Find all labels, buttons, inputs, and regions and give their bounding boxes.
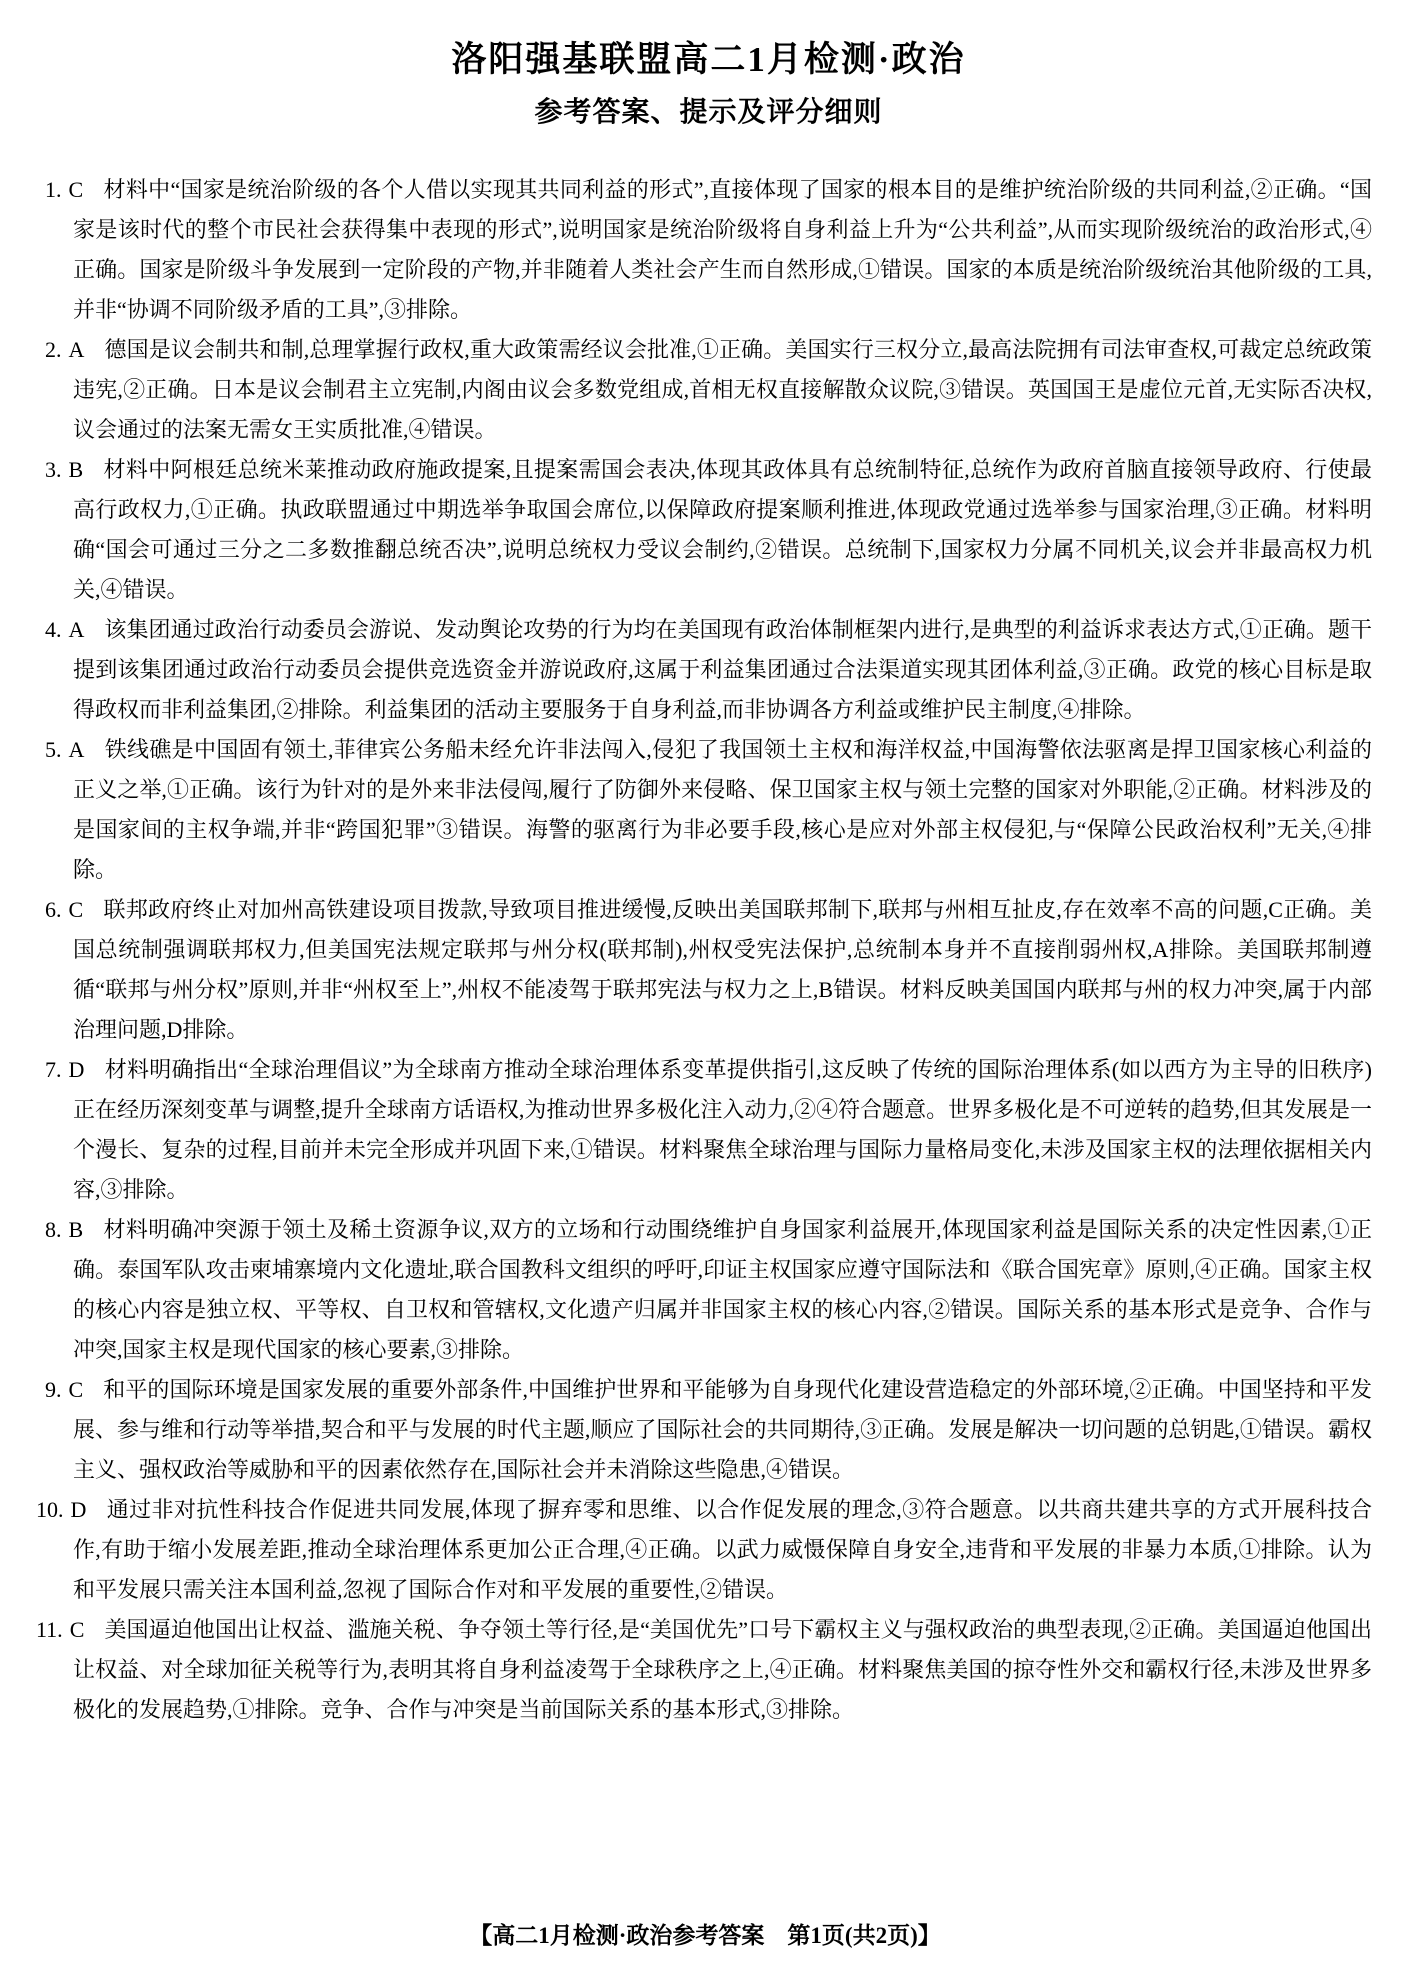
page-footer: 【高二1月检测·政治参考答案 第1页(共2页)】 xyxy=(0,1917,1410,1950)
answer-number: 8. xyxy=(45,1217,62,1242)
answer-item: 5.A铁线礁是中国固有领土,菲律宾公务船未经允许非法闯入,侵犯了我国领土主权和海… xyxy=(45,730,1372,890)
answer-number: 1. xyxy=(45,177,62,202)
answer-choice: D xyxy=(71,1497,87,1522)
answer-explanation: 铁线礁是中国固有领土,菲律宾公务船未经允许非法闯入,侵犯了我国领土主权和海洋权益… xyxy=(73,737,1372,882)
answer-number: 9. xyxy=(45,1377,62,1402)
answer-item: 3.B材料中阿根廷总统米莱推动政府施政提案,且提案需国会表决,体现其政体具有总统… xyxy=(45,450,1372,610)
answer-explanation: 材料明确冲突源于领土及稀土资源争议,双方的立场和行动围绕维护自身国家利益展开,体… xyxy=(73,1217,1372,1362)
answers-section: 1.C材料中“国家是统治阶级的各个人借以实现其共同利益的形式”,直接体现了国家的… xyxy=(45,170,1372,1730)
answer-explanation: 材料中阿根廷总统米莱推动政府施政提案,且提案需国会表决,体现其政体具有总统制特征… xyxy=(73,457,1372,602)
answer-choice: A xyxy=(69,617,85,642)
answer-choice: A xyxy=(69,737,85,762)
answer-item: 7.D材料明确指出“全球治理倡议”为全球南方推动全球治理体系变革提供指引,这反映… xyxy=(45,1050,1372,1210)
answer-explanation: 联邦政府终止对加州高铁建设项目拨款,导致项目推进缓慢,反映出美国联邦制下,联邦与… xyxy=(73,897,1372,1042)
answer-number: 7. xyxy=(45,1057,62,1082)
answer-explanation: 该集团通过政治行动委员会游说、发动舆论攻势的行为均在美国现有政治体制框架内进行,… xyxy=(73,617,1372,722)
answer-explanation: 材料中“国家是统治阶级的各个人借以实现其共同利益的形式”,直接体现了国家的根本目… xyxy=(73,177,1372,322)
answer-item: 9.C和平的国际环境是国家发展的重要外部条件,中国维护世界和平能够为自身现代化建… xyxy=(45,1370,1372,1490)
answer-choice: B xyxy=(69,1217,84,1242)
answer-number: 2. xyxy=(45,337,62,362)
answer-explanation: 德国是议会制共和制,总理掌握行政权,重大政策需经议会批准,①正确。美国实行三权分… xyxy=(73,337,1372,442)
answer-choice: B xyxy=(69,457,84,482)
answer-number: 11. xyxy=(36,1617,63,1642)
answer-number: 4. xyxy=(45,617,62,642)
page-subtitle: 参考答案、提示及评分细则 xyxy=(45,90,1372,130)
answer-number: 10. xyxy=(36,1497,64,1522)
answer-choice: A xyxy=(69,337,85,362)
answer-number: 3. xyxy=(45,457,62,482)
answer-choice: D xyxy=(69,1057,85,1082)
answer-number: 5. xyxy=(45,737,62,762)
answer-explanation: 和平的国际环境是国家发展的重要外部条件,中国维护世界和平能够为自身现代化建设营造… xyxy=(73,1377,1372,1482)
answer-explanation: 美国逼迫他国出让权益、滥施关税、争夺领土等行径,是“美国优先”口号下霸权主义与强… xyxy=(73,1617,1372,1722)
answer-item: 2.A德国是议会制共和制,总理掌握行政权,重大政策需经议会批准,①正确。美国实行… xyxy=(45,330,1372,450)
answer-choice: C xyxy=(69,897,84,922)
page-title: 洛阳强基联盟高二1月检测·政治 xyxy=(45,32,1372,82)
answer-item: 6.C联邦政府终止对加州高铁建设项目拨款,导致项目推进缓慢,反映出美国联邦制下,… xyxy=(45,890,1372,1050)
answer-explanation: 材料明确指出“全球治理倡议”为全球南方推动全球治理体系变革提供指引,这反映了传统… xyxy=(73,1057,1372,1202)
answer-item: 11.C美国逼迫他国出让权益、滥施关税、争夺领土等行径,是“美国优先”口号下霸权… xyxy=(45,1610,1372,1730)
answer-key-page: 洛阳强基联盟高二1月检测·政治 参考答案、提示及评分细则 1.C材料中“国家是统… xyxy=(0,0,1410,1976)
answer-choice: C xyxy=(70,1617,85,1642)
answer-item: 8.B材料明确冲突源于领土及稀土资源争议,双方的立场和行动围绕维护自身国家利益展… xyxy=(45,1210,1372,1370)
answer-choice: C xyxy=(69,177,84,202)
answer-item: 4.A该集团通过政治行动委员会游说、发动舆论攻势的行为均在美国现有政治体制框架内… xyxy=(45,610,1372,730)
answer-item: 1.C材料中“国家是统治阶级的各个人借以实现其共同利益的形式”,直接体现了国家的… xyxy=(45,170,1372,330)
answer-number: 6. xyxy=(45,897,62,922)
answer-choice: C xyxy=(69,1377,84,1402)
answer-item: 10.D通过非对抗性科技合作促进共同发展,体现了摒弃零和思维、以合作促发展的理念… xyxy=(45,1490,1372,1610)
answer-explanation: 通过非对抗性科技合作促进共同发展,体现了摒弃零和思维、以合作促发展的理念,③符合… xyxy=(73,1497,1372,1602)
